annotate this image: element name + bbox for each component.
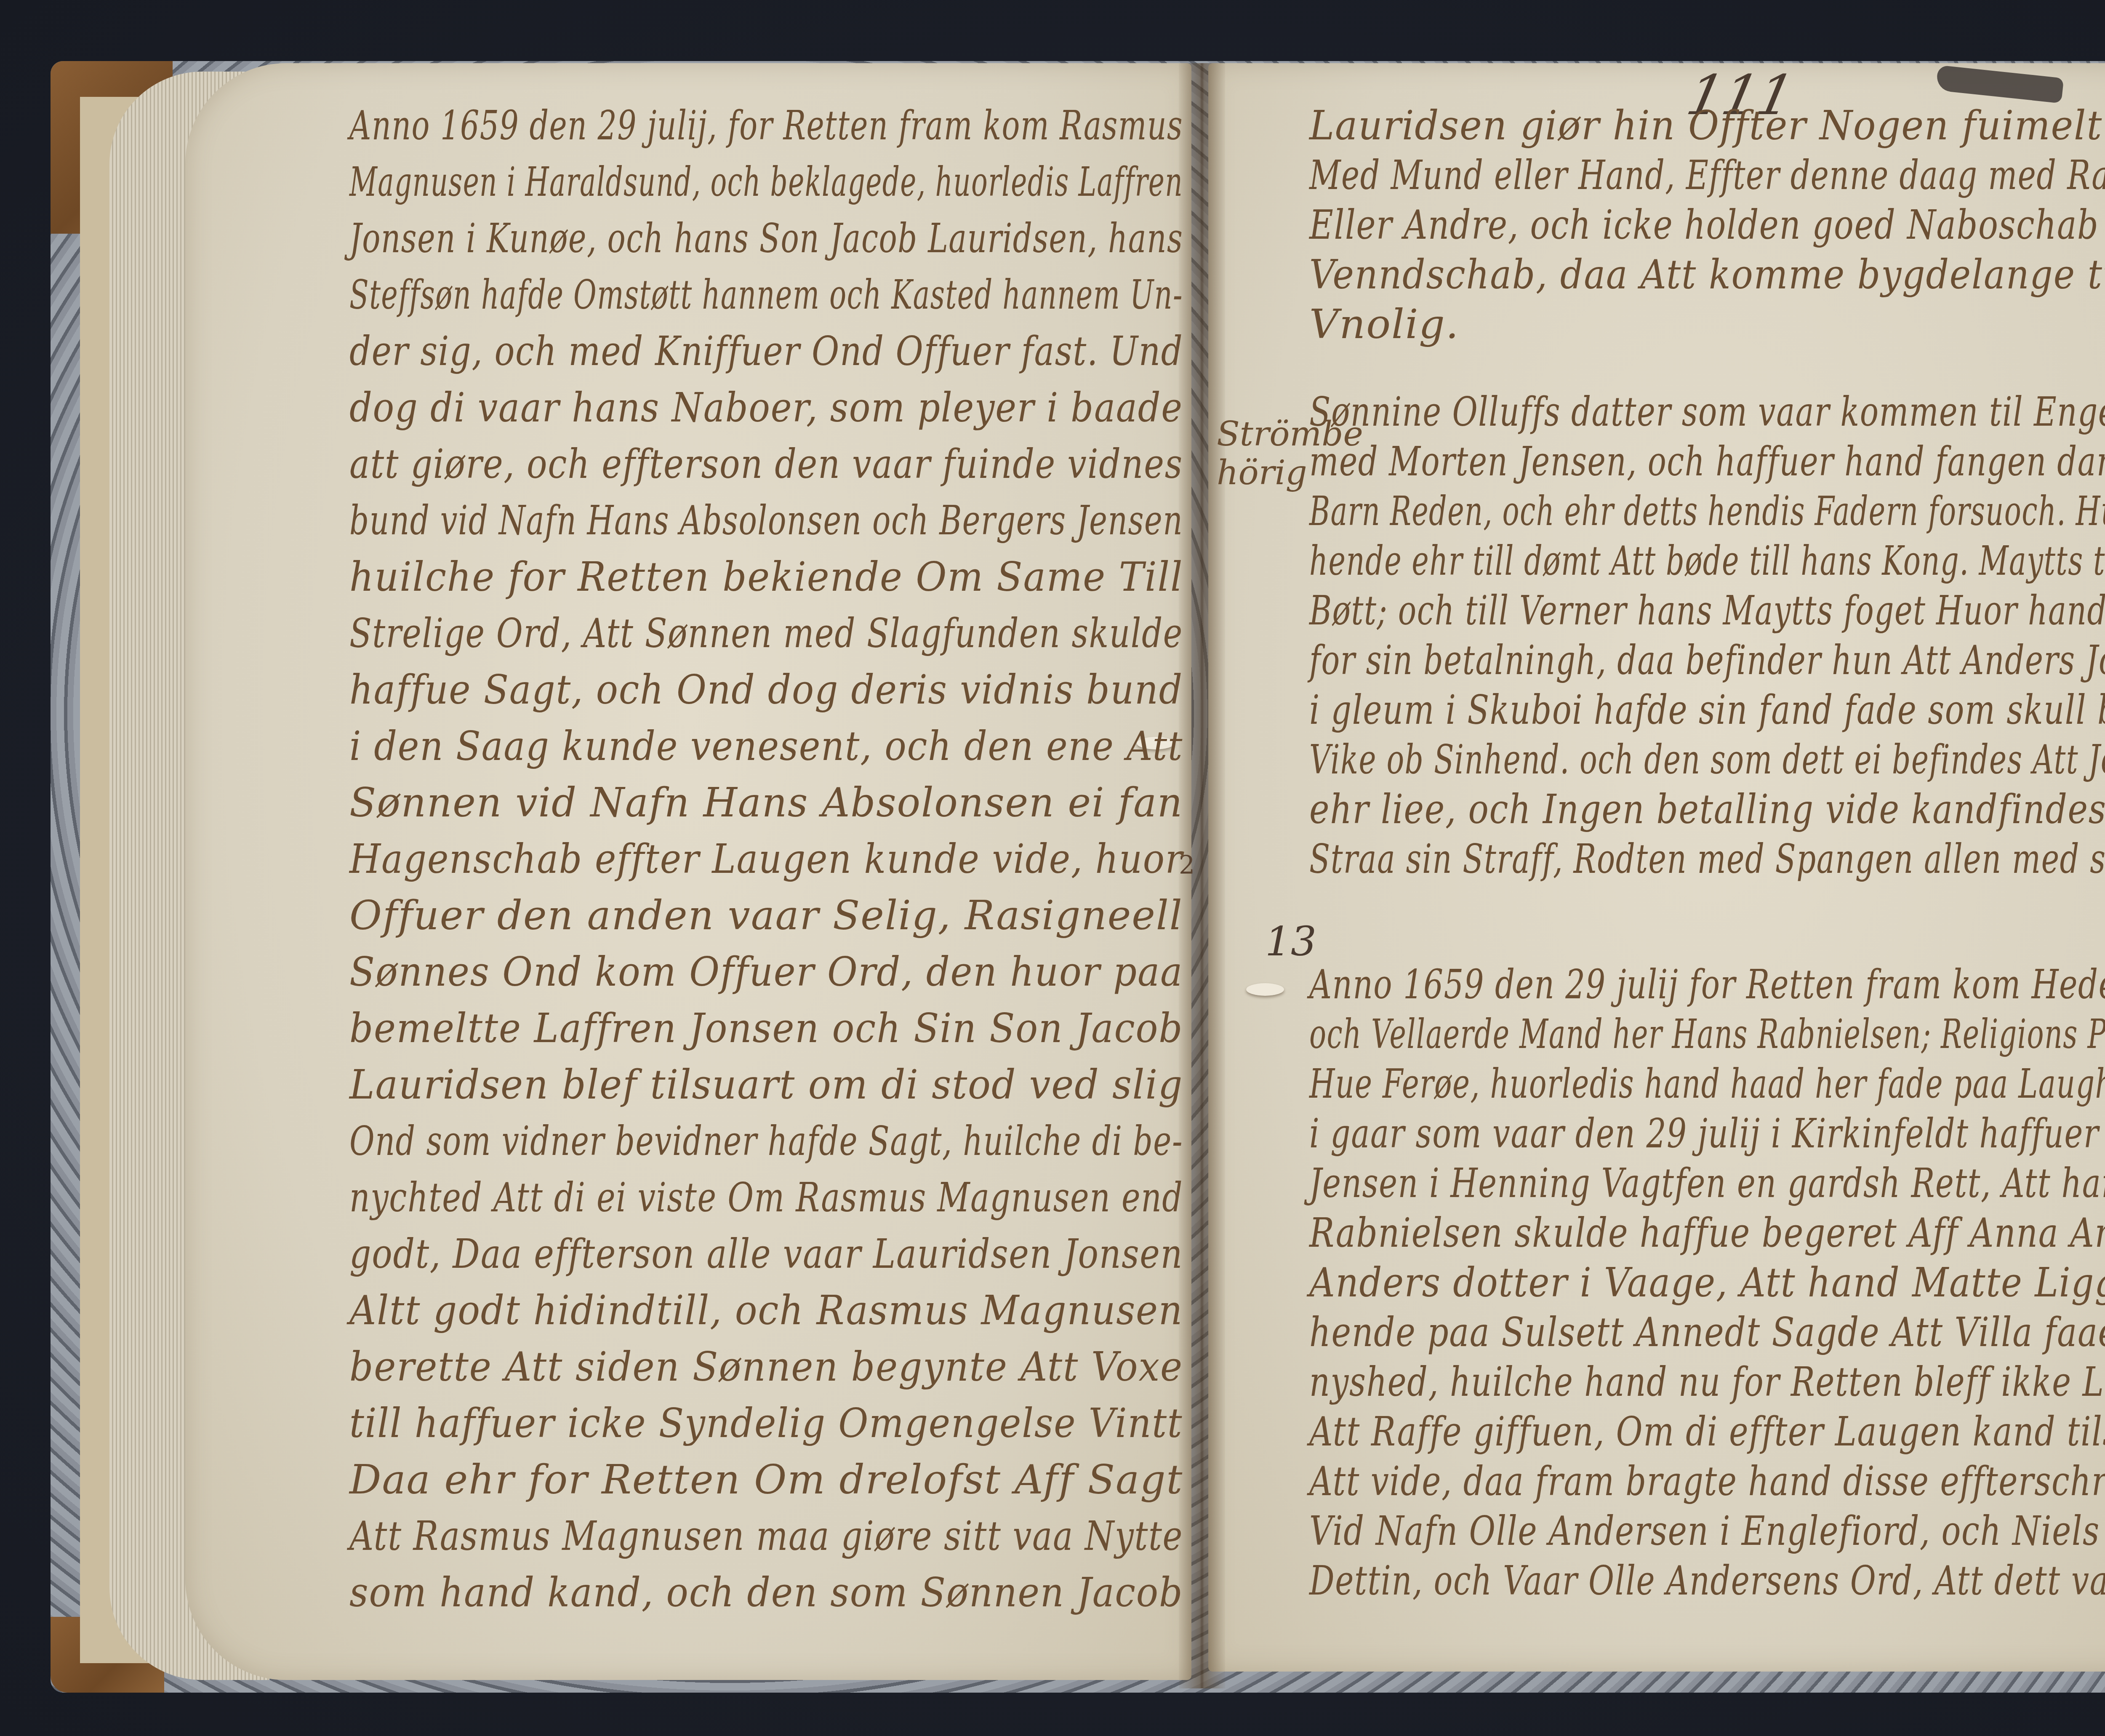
handwritten-line: Vike ob Sinhend. och den som dett ei bef… (1309, 739, 1948, 780)
handwritten-line: Eller Andre, och icke holden goed Nabosc… (1309, 205, 2026, 245)
handwritten-line: i gleum i Skuboi hafde sin fand fade som… (1309, 690, 2008, 730)
handwritten-line: dog di vaar hans Naboer, som pleyer i ba… (349, 387, 1080, 428)
handwritten-line: Vid Nafn Olle Andersen i Englefiord, och… (1309, 1511, 2012, 1551)
handwritten-line: nychted Att di ei viste Om Rasmus Magnus… (349, 1177, 1005, 1218)
handwritten-line: ehr liee, och Ingen betalling vide kandf… (1309, 789, 2049, 829)
handwritten-line: Magnusen i Haraldsund, och beklagede, hu… (349, 162, 909, 202)
margin-entry-number: 13 (1265, 918, 1316, 965)
handwritten-line: Straa sin Straff, Rodten med Spangen all… (1309, 839, 1970, 879)
handwritten-line: Daa ehr for Retten Om drelofst Aff Sagt (349, 1459, 1167, 1500)
handwritten-line: hende paa Sulsett Annedt Sagde Att Villa… (1309, 1312, 2035, 1352)
paper-damage (1246, 983, 1284, 996)
handwritten-line: berette Att siden Sønnen begynte Att Vox… (349, 1347, 1115, 1387)
handwritten-line: der sig, och med Kniffuer Ond Offuer fas… (349, 331, 1041, 371)
handwritten-line: som hand kand, och den som Sønnen Jacob (349, 1572, 1104, 1613)
handwritten-line: haffue Sagt, och Ond dog deris vidnis bu… (349, 669, 1101, 710)
handwritten-line: Lauridsen blef tilsuart om di stod ved s… (349, 1064, 1129, 1105)
handwritten-line: bund vid Nafn Hans Absolonsen och Berger… (349, 500, 976, 541)
handwritten-line: Sønnine Olluffs datter som vaar kommen t… (1309, 392, 1987, 432)
handwritten-line: Venndschab, daa Att komme bygdelange tt … (1309, 254, 2094, 295)
handwritten-line: Sønnen vid Nafn Hans Absolonsen ei fan (349, 782, 1151, 823)
handwritten-line: Vnolig. (1309, 304, 2105, 344)
handwritten-line: godt, Daa effterson alle vaar Lauridsen … (349, 1234, 1049, 1274)
handwritten-line: Att vide, daa fram bragte hand disse eff… (1309, 1461, 2013, 1501)
handwritten-line: huilche for Retten bekiende Om Same Till (349, 557, 1126, 597)
handwritten-line: till haffuer icke Syndelig Omgengelse Vi… (349, 1403, 1103, 1443)
handwritten-line: Att Rasmus Magnusen maa giøre sitt vaa N… (349, 1516, 1039, 1556)
handwritten-line: bemeltte Laffren Jonsen och Sin Son Jaco… (349, 1008, 1112, 1048)
handwritten-line: for sin betalningh, daa befinder hun Att… (1309, 640, 1979, 680)
handwritten-line: i gaar som vaar den 29 julij i Kirkinfel… (1309, 1113, 1991, 1154)
handwritten-line: Lauridsen giør hin Offter Nogen fuimelt … (1309, 105, 2105, 146)
handwritten-line: Dettin, och Vaar Olle Andersens Ord, Att… (1309, 1560, 1996, 1601)
handwritten-line: med Morten Jensen, och haffuer hand fang… (1309, 441, 1984, 482)
handwritten-line: Ond som vidner bevidner hafde Sagt, huil… (349, 1121, 981, 1161)
handwritten-line: Steffsøn hafde Omstøtt hannem och Kasted… (349, 275, 929, 315)
handwritten-line: i den Saag kunde venesent, och den ene A… (349, 726, 1092, 766)
handwritten-line: Anno 1659 den 29 julij for Retten fram k… (1309, 964, 1986, 1005)
handwritten-line: Rabnielsen skulde haffue begeret Aff Ann… (1309, 1213, 2035, 1253)
handwritten-line: Jensen i Henning Vagtfen en gardsh Rett,… (1309, 1163, 1991, 1203)
handwritten-line: Med Mund eller Hand, Effter denne daag m… (1309, 155, 1980, 195)
handwritten-line: Att Raffe giffuen, Om di effter Laugen k… (1309, 1411, 2018, 1452)
handwritten-line: Barn Reden, och ehr detts hendis Fadern … (1309, 491, 1923, 531)
handwritten-line: hende ehr till dømt Att bøde till hans K… (1309, 541, 1940, 581)
handwritten-line: Hue Ferøe, huorledis hand haad her fade … (1309, 1064, 1948, 1104)
handwritten-line: Strelige Ord, Att Sønnen med Slagfunden … (349, 613, 1018, 653)
handwritten-line: nyshed, huilche hand nu for Retten bleff… (1309, 1362, 2008, 1402)
handwritten-line: och Vellaerde Mand her Hans Rabnielsen; … (1309, 1014, 1923, 1054)
handwritten-line: Offuer den anden vaar Selig, Rasigneell (349, 895, 1164, 936)
handwritten-line: Jonsen i Kunøe, och hans Son Jacob Lauri… (349, 218, 973, 259)
handwritten-line: Anno 1659 den 29 julij, for Retten fram … (349, 105, 968, 146)
handwritten-line: att giøre, och effterson den vaar fuinde… (349, 444, 1050, 484)
handwritten-line: Sønnes Ond kom Offuer Ord, den huor paa (349, 952, 1111, 992)
handwritten-line: Altt godt hidindtill, och Rasmus Magnuse… (349, 1290, 1112, 1331)
handwritten-line: Hagenschab effter Laugen kunde vide, huo… (349, 839, 1089, 879)
handwritten-line: Anders dotter i Vaage, Att hand Matte Li… (1309, 1262, 2085, 1303)
handwritten-line: Bøtt; och till Verner hans Maytts foget … (1309, 590, 1974, 631)
